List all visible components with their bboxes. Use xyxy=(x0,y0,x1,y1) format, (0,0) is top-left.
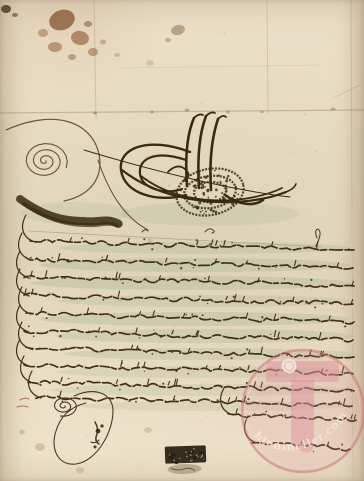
diacritic-dot xyxy=(67,261,69,263)
paper-speck xyxy=(198,124,200,126)
tughra-speckle xyxy=(225,187,227,189)
diacritic-dot xyxy=(207,303,208,304)
diacritic-dot xyxy=(342,321,344,323)
tughra-speckle xyxy=(227,175,229,177)
stain-blot xyxy=(144,427,152,433)
diacritic-dot xyxy=(257,320,259,322)
fold-crease xyxy=(94,0,96,118)
diacritic-dot xyxy=(187,373,189,375)
paper-speck xyxy=(180,273,182,275)
diacritic-dot xyxy=(305,303,306,304)
diacritic-dot xyxy=(33,335,35,337)
fold-crease xyxy=(0,110,364,113)
stain-blot xyxy=(100,40,106,45)
stain-blot xyxy=(76,467,84,473)
paper-speck xyxy=(310,288,311,289)
tughra-speckle xyxy=(207,175,209,177)
paper-speck xyxy=(342,307,344,309)
stain-blot xyxy=(1,5,11,13)
site-watermark: hteninciler.com xyxy=(242,350,364,472)
tughra-speckle xyxy=(206,189,209,192)
diacritic-dot xyxy=(275,267,276,268)
fold-crease xyxy=(333,85,360,98)
tughra-speckle xyxy=(198,201,201,204)
stain-blot xyxy=(146,60,154,66)
diacritic-dot xyxy=(217,399,219,401)
tughra-speckle xyxy=(202,184,205,187)
diacritic-dot xyxy=(220,386,222,388)
ascender-tick xyxy=(25,289,26,294)
diacritic-dot xyxy=(351,322,353,324)
stain-blot xyxy=(170,23,186,36)
diacritic-dot xyxy=(56,330,58,332)
diacritic-dot xyxy=(30,257,32,259)
tughra-speckle xyxy=(205,186,207,188)
ascender-tick xyxy=(148,379,149,384)
diacritic-dot xyxy=(317,318,319,320)
tughra-speckle xyxy=(194,184,197,187)
ascender-tick xyxy=(137,363,138,368)
diacritic-dot xyxy=(348,248,350,250)
paper-speck xyxy=(261,4,262,5)
tughra-speckle xyxy=(205,211,207,213)
diacritic-dot xyxy=(151,248,153,250)
paper-speck xyxy=(206,415,208,417)
tughra-speckle xyxy=(212,210,215,213)
paper-speck xyxy=(357,251,358,252)
manuscript-art: hteninciler.com xyxy=(0,0,364,481)
stain-blot xyxy=(84,21,92,27)
diacritic-dot xyxy=(59,335,61,337)
stamp-ragged-edge xyxy=(168,456,173,459)
tughra-speckle xyxy=(218,174,220,176)
diacritic-dot xyxy=(239,367,241,369)
spiral-ornament xyxy=(26,144,67,176)
diacritic-dot xyxy=(162,383,164,385)
watermark-notch xyxy=(282,359,297,374)
watermark-letter-bar xyxy=(266,361,339,382)
tughra-speckle xyxy=(203,213,204,214)
diacritic-dot xyxy=(144,371,145,372)
diacritic-dot xyxy=(84,278,86,280)
stain-blot xyxy=(150,111,154,114)
diacritic-dot xyxy=(194,259,196,261)
ink-wash xyxy=(55,329,355,343)
paper-speck xyxy=(275,231,277,233)
diacritic-dot xyxy=(46,317,48,319)
tughra-stroke xyxy=(194,114,203,118)
tughra-speckle xyxy=(195,206,198,209)
paper-speck xyxy=(7,222,9,224)
diacritic-dot xyxy=(180,267,182,269)
diacritic-dot xyxy=(36,293,38,295)
tughra-speckle xyxy=(219,181,221,183)
diacritic-dot xyxy=(231,242,233,244)
stain-blot xyxy=(38,29,48,37)
ascender-tick xyxy=(61,377,62,382)
diacritic-dot xyxy=(202,314,204,316)
paper-speck xyxy=(232,454,233,455)
line-end-swash xyxy=(17,269,29,296)
diacritic-dot xyxy=(219,245,221,247)
paper-speck xyxy=(14,321,15,322)
diacritic-dot xyxy=(28,325,30,327)
paper-speck xyxy=(83,365,85,367)
tughra-speckle xyxy=(221,192,223,194)
diacritic-dot xyxy=(40,384,42,386)
tughra-speckle xyxy=(202,210,203,211)
ascender-tick xyxy=(87,308,88,314)
line-end-swash xyxy=(21,356,33,383)
diacritic-dot xyxy=(199,296,201,298)
diacritic-dot xyxy=(81,237,83,239)
tughra-speckle xyxy=(210,208,213,211)
stain-blot xyxy=(93,112,97,115)
diacritic-dot xyxy=(65,347,66,348)
paper-speck xyxy=(262,153,264,155)
paper-speck xyxy=(123,127,124,128)
diacritic-dot xyxy=(196,239,198,241)
tughra-speckle xyxy=(193,206,195,208)
ink-wash xyxy=(120,202,300,226)
diacritic-dot xyxy=(31,348,33,350)
ascender-tick xyxy=(116,380,117,384)
ascender-tick xyxy=(46,271,47,277)
stain-blot xyxy=(185,109,190,112)
paper-speck xyxy=(223,32,225,34)
stain-blot xyxy=(147,238,153,242)
diacritic-dot xyxy=(160,336,162,338)
paper-speck xyxy=(354,152,355,153)
tughra-speckle xyxy=(235,186,237,188)
tughra-speckle xyxy=(215,211,218,214)
paper-speck xyxy=(325,141,326,142)
stain-blot xyxy=(70,30,90,47)
stain-blot xyxy=(35,443,45,451)
line-end-swash xyxy=(19,287,31,314)
diacritic-dot xyxy=(258,268,260,270)
diacritic-dot xyxy=(122,282,124,284)
diacritic-dot xyxy=(88,330,89,331)
diacritic-dot xyxy=(280,301,282,303)
diacritic-dot xyxy=(104,276,106,278)
stain-blot xyxy=(114,53,120,57)
tughra-stroke xyxy=(218,116,226,119)
paper-speck xyxy=(304,113,306,115)
tughra-speckle xyxy=(207,197,209,199)
diacritic-dot xyxy=(175,370,177,372)
diacritic-dot xyxy=(261,316,263,318)
paper-speck xyxy=(163,177,165,179)
diacritic-dot xyxy=(102,299,104,301)
red-annotation xyxy=(17,406,28,407)
line-end-swash xyxy=(19,233,31,260)
tughra-speckle xyxy=(200,211,202,213)
diacritic-dot xyxy=(77,388,78,389)
paper-speck xyxy=(319,202,321,204)
flourish-blob xyxy=(94,446,97,449)
diacritic-dot xyxy=(310,279,312,281)
paper-speck xyxy=(257,228,259,230)
tughra-speckle xyxy=(225,180,228,183)
paper-speck xyxy=(191,397,193,399)
diacritic-dot xyxy=(187,367,189,369)
tughra-stroke xyxy=(286,184,296,192)
tughra-speckle xyxy=(202,192,205,195)
stain-blot xyxy=(260,111,264,113)
tughra-speckle xyxy=(233,195,236,198)
diacritic-dot xyxy=(165,401,167,403)
tughra-stroke xyxy=(122,170,286,202)
paper-speck xyxy=(49,291,51,293)
diacritic-dot xyxy=(193,267,194,268)
diacritic-dot xyxy=(139,337,141,339)
diacritic-dot xyxy=(171,351,173,353)
diacritic-dot xyxy=(102,257,103,258)
diacritic-dot xyxy=(119,389,121,391)
diacritic-dot xyxy=(204,278,206,280)
diacritic-dot xyxy=(135,401,137,403)
stain-blot xyxy=(68,54,76,60)
diacritic-dot xyxy=(62,277,64,279)
pen-flourish xyxy=(17,392,113,465)
stain-blot xyxy=(165,38,171,42)
paper-speck xyxy=(196,140,198,142)
paper-speck xyxy=(95,411,96,412)
diacritic-dot xyxy=(274,300,275,301)
diacritic-dot xyxy=(64,277,66,279)
flourish-blob xyxy=(100,424,103,427)
tughra-stroke xyxy=(210,119,218,190)
stain-blot xyxy=(226,111,230,114)
stamp-block xyxy=(165,445,207,463)
fold-crease xyxy=(2,120,3,300)
diacritic-dot xyxy=(179,352,181,354)
ascender-tick xyxy=(121,360,122,366)
stray-mark xyxy=(205,229,214,233)
tughra-speckle xyxy=(226,190,228,192)
ascender-tick xyxy=(58,254,59,259)
diacritic-dot xyxy=(322,303,324,305)
stamp-ragged-edge xyxy=(193,456,196,460)
paper-speck xyxy=(59,310,61,312)
stain-blot xyxy=(46,6,77,34)
diacritic-dot xyxy=(246,348,248,350)
fold-crease xyxy=(351,0,352,210)
ascender-tick xyxy=(118,291,119,296)
paper-speck xyxy=(293,153,295,155)
diacritic-dot xyxy=(152,353,154,355)
tughra-speckle xyxy=(201,187,203,189)
diacritic-dot xyxy=(314,306,316,308)
paper-speck xyxy=(315,150,317,152)
paper-speck xyxy=(85,436,87,438)
diacritic-dot xyxy=(344,325,346,327)
diacritic-dot xyxy=(191,313,193,315)
seal-stamp xyxy=(165,445,207,474)
fold-crease xyxy=(267,0,268,114)
paper-speck xyxy=(138,469,139,470)
stain-blot xyxy=(12,13,18,17)
diacritic-dot xyxy=(95,336,97,338)
paper-speck xyxy=(244,454,246,456)
diacritic-dot xyxy=(233,245,235,247)
tughra-speckle xyxy=(214,170,216,172)
ascender-tick xyxy=(128,238,129,242)
diacritic-dot xyxy=(270,334,271,335)
diacritic-dot xyxy=(38,348,40,350)
diacritic-dot xyxy=(68,378,69,379)
paper-speck xyxy=(168,185,170,187)
ascender-tick xyxy=(70,238,71,241)
diacritic-dot xyxy=(30,278,31,279)
flourish-blob xyxy=(96,429,101,434)
document-photo: hteninciler.com xyxy=(0,0,364,481)
paper-speck xyxy=(40,91,41,92)
diacritic-dot xyxy=(128,400,130,402)
stain-blot xyxy=(48,42,62,52)
paper-speck xyxy=(305,45,306,46)
stain-blot xyxy=(88,48,98,56)
stain-blot xyxy=(19,430,25,435)
diacritic-dot xyxy=(284,278,285,279)
diacritic-dot xyxy=(153,329,154,330)
stamp-ragged-edge xyxy=(171,454,175,456)
diacritic-dot xyxy=(231,357,233,359)
paper-speck xyxy=(200,103,202,105)
tughra-stroke xyxy=(206,112,215,116)
diacritic-dot xyxy=(38,384,39,385)
paper-speck xyxy=(347,95,348,96)
paper-speck xyxy=(196,50,198,52)
diacritic-dot xyxy=(209,243,211,245)
stamp-ragged-edge xyxy=(175,461,178,464)
stray-mark xyxy=(142,230,148,232)
paper-speck xyxy=(260,22,262,24)
diacritic-dot xyxy=(143,238,145,240)
red-annotation xyxy=(20,398,29,400)
tughra-speckle xyxy=(215,189,218,192)
stain-blot xyxy=(331,108,336,111)
line-end-swash xyxy=(17,339,29,366)
diacritic-dot xyxy=(165,247,167,249)
stamp-ragged-edge xyxy=(198,452,204,454)
diacritic-dot xyxy=(52,257,54,259)
tughra-speckle xyxy=(237,193,239,195)
diacritic-dot xyxy=(151,401,153,403)
tughra-speckle xyxy=(215,196,217,198)
diacritic-dot xyxy=(186,314,187,315)
